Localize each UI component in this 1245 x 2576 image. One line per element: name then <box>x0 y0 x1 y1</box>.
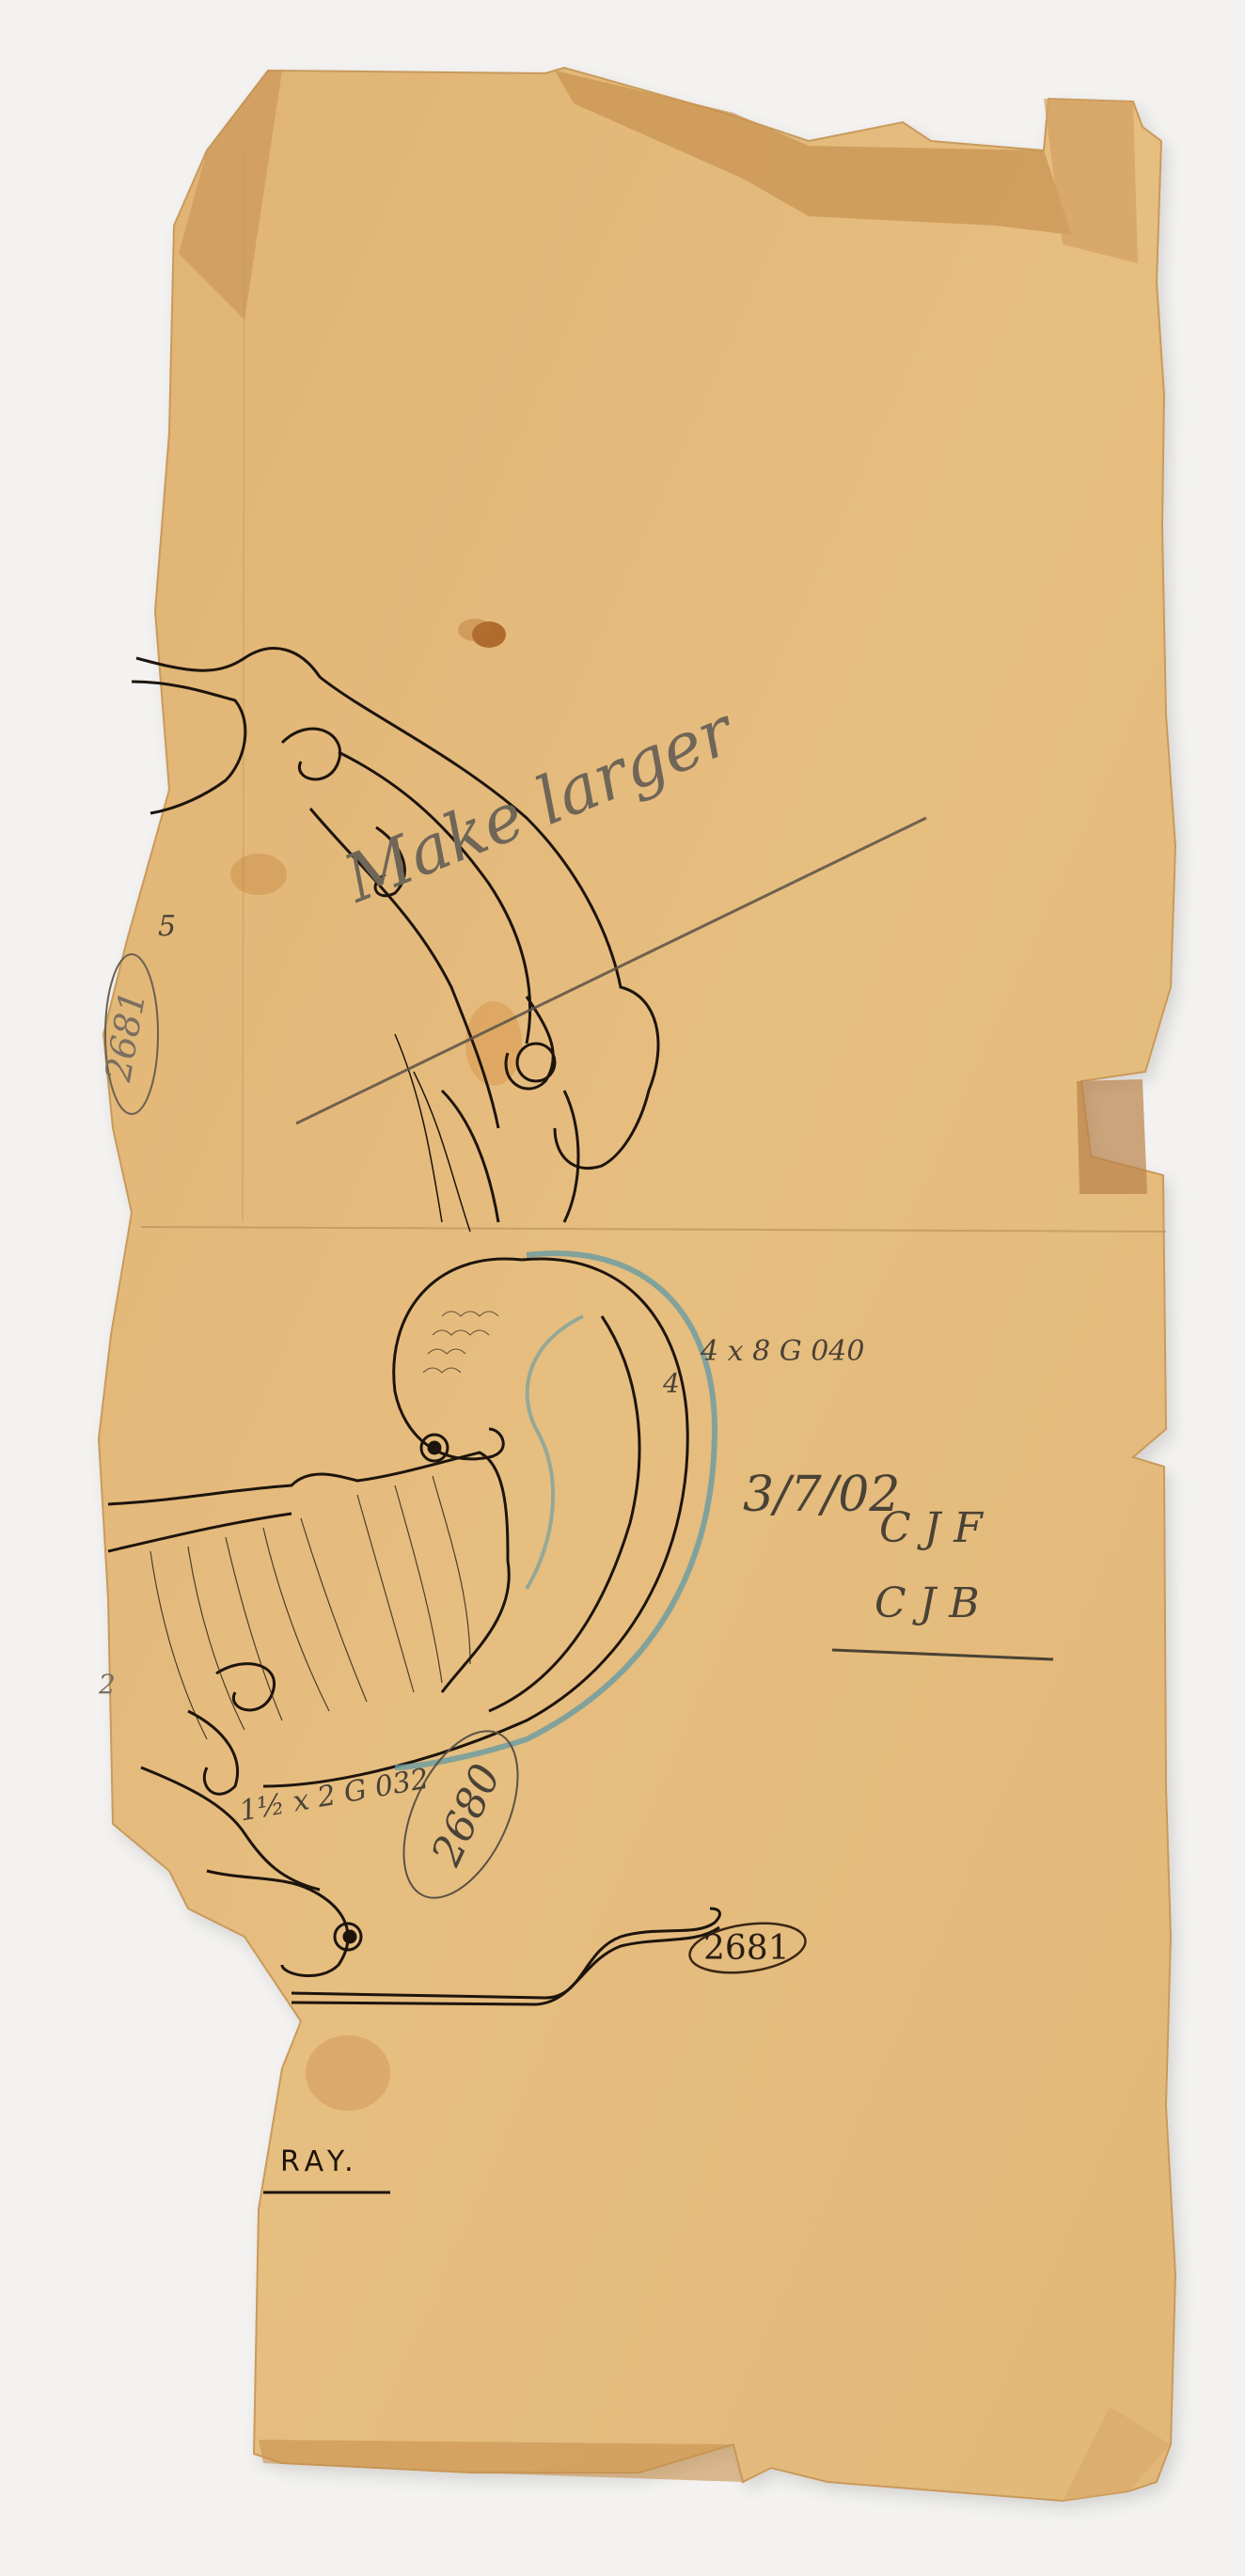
paper <box>99 68 1175 2501</box>
stain <box>230 854 287 895</box>
small-mark-4: 4 <box>663 1368 680 1399</box>
initials-cjf: C J F <box>879 1504 983 1552</box>
dimension-top-annotation: 4 x 8 G 040 <box>701 1335 864 1368</box>
title-fragment: RAY. <box>280 2145 359 2178</box>
date-annotation: 3/7/02 <box>743 1467 900 1523</box>
stain <box>458 619 492 641</box>
tape-right <box>1077 1079 1147 1194</box>
left-edge-mark-2: 2 <box>99 1669 116 1700</box>
initials-cjb: C J B <box>875 1579 980 1627</box>
circled-number-2681: 2681 <box>703 1929 790 1968</box>
drawing-sheet <box>0 0 1245 2576</box>
tape-bottom <box>259 2440 743 2482</box>
stain <box>306 2035 390 2111</box>
left-edge-mark-5: 5 <box>158 910 176 943</box>
